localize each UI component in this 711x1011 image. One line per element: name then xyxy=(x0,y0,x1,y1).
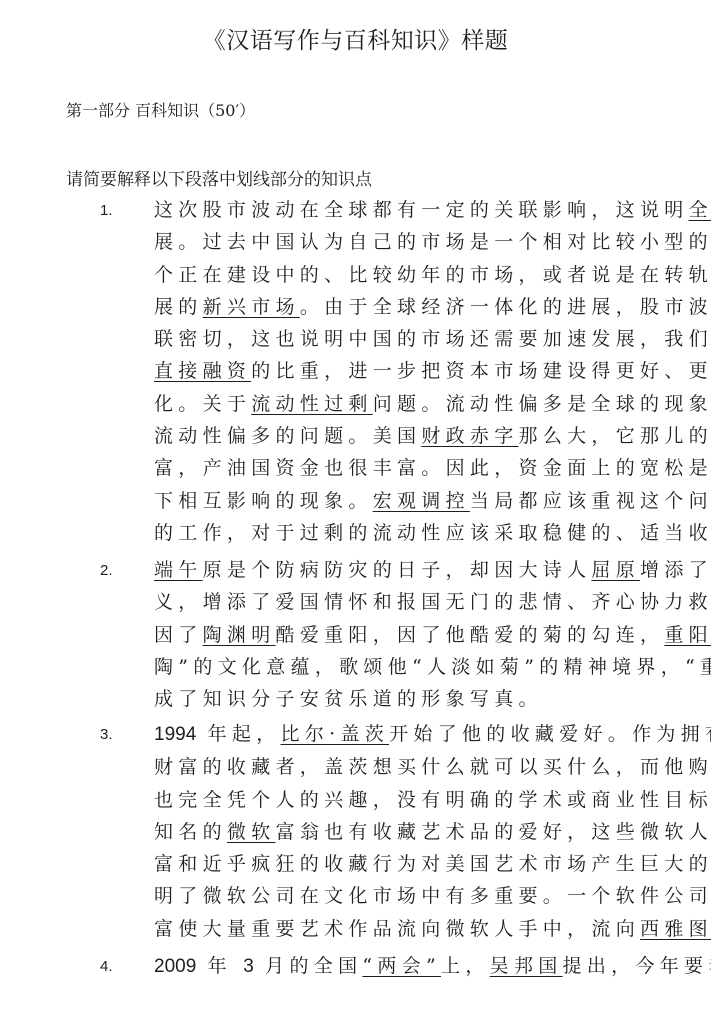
text-run: 当局都应该重视这个问题，做好自己 xyxy=(470,490,711,512)
question-paragraph: 这次股市波动在全球都有一定的关联影响，这说明全球化在逐步进展。过去中国认为自己的… xyxy=(154,194,652,549)
question-paragraph: 1994 年起，比尔·盖茨开始了他的收藏爱好。作为拥有 600 亿美元财富的收藏… xyxy=(154,718,652,945)
paragraph-line: 因了陶渊明酷爱重阳，因了他酷爱的菊的勾连，重阳节衍生了“颂 xyxy=(154,619,652,651)
text-run: 。由于全球经济一体化的进展，股市波动相互之间关 xyxy=(300,296,711,318)
question-number: 1. xyxy=(100,202,113,219)
paragraph-line: 直接融资的比重，进一步把资本市场建设得更好、更快、更加国际 xyxy=(154,355,652,387)
question-number: 3. xyxy=(100,726,113,743)
section-heading: 第一部分 百科知识（50′） xyxy=(66,98,255,121)
underlined-term: 新兴市场 xyxy=(203,296,300,318)
text-run: 这次股市波动在全球都有一定的关联影响，这说明 xyxy=(154,199,689,221)
text-run: 财富的收藏者，盖茨想买什么就可以买什么，而他购买艺术品似乎 xyxy=(154,756,711,778)
paragraph-line: 财富的收藏者，盖茨想买什么就可以买什么，而他购买艺术品似乎 xyxy=(154,751,652,783)
underlined-term: 陶渊明 xyxy=(203,624,276,646)
paragraph-line: 知名的微软富翁也有收藏艺术品的爱好，这些微软人囊中的巨额财 xyxy=(154,816,652,848)
text-run: 的工作，对于过剩的流动性应该采取稳健的、适当收缩的政策。 xyxy=(154,522,711,544)
text-run: 原是个防病防灾的日子，却因大诗人 xyxy=(203,559,592,581)
paragraph-line: 义，增添了爱国情怀和报国无门的悲情、齐心协力救助生命的悲壮； xyxy=(154,586,652,618)
text-run: 酷爱重阳，因了他酷爱的菊的勾连， xyxy=(276,624,665,646)
text-run: 也完全凭个人的兴趣，没有明确的学术或商业性目标。还有很多不 xyxy=(154,789,711,811)
text-run: 下相互影响的现象。 xyxy=(154,490,373,512)
underlined-term: “两会” xyxy=(362,955,441,977)
underlined-term: 微软 xyxy=(227,821,276,843)
underlined-term: 全球化 xyxy=(689,199,711,221)
paragraph-line: 的工作，对于过剩的流动性应该采取稳健的、适当收缩的政策。 xyxy=(154,517,652,549)
question-number: 2. xyxy=(100,562,113,579)
instruction-text: 请简要解释以下段落中划线部分的知识点 xyxy=(66,165,372,190)
text-run: 年 xyxy=(196,955,243,977)
paragraph-line: 联密切，这也说明中国的市场还需要加速发展，我们要进一步提高 xyxy=(154,323,652,355)
text-run: 化。关于 xyxy=(154,393,251,415)
text-run: 展。过去中国认为自己的市场是一个相对比较小型的市场，也是一 xyxy=(154,231,711,253)
question-number: 4. xyxy=(100,958,113,975)
paragraph-line: 这次股市波动在全球都有一定的关联影响，这说明全球化在逐步进 xyxy=(154,194,652,226)
underlined-term: 流动性过剩 xyxy=(251,393,373,415)
paragraph-line: 富，产油国资金也很丰富。因此，资金面上的宽松是全球一体化之 xyxy=(154,452,652,484)
underlined-term: 宏观调控 xyxy=(373,490,470,512)
text-run: 义，增添了爱国情怀和报国无门的悲情、齐心协力救助生命的悲壮； xyxy=(154,591,711,613)
text-run: 富和近乎疯狂的收藏行为对美国艺术市场产生巨大的推动作用，证 xyxy=(154,853,711,875)
underlined-term: 重阳节 xyxy=(664,624,711,646)
text-run: 明了微软公司在文化市场中有多重要。一个软件公司创造的巨额财 xyxy=(154,885,711,907)
paragraph-line: 陶”的文化意蕴，歌颂他“人淡如菊”的精神境界，“重阳无酒”也 xyxy=(154,651,652,683)
paragraph-line: 也完全凭个人的兴趣，没有明确的学术或商业性目标。还有很多不 xyxy=(154,784,652,816)
paragraph-line: 流动性偏多的问题。美国财政赤字那么大，它那儿的流动性也很丰 xyxy=(154,420,652,452)
paragraph-line: 2009 年 3 月的全国“两会”上，吴邦国提出，今年要着力加强社会 xyxy=(154,950,652,983)
paragraph-line: 展。过去中国认为自己的市场是一个相对比较小型的市场，也是一 xyxy=(154,226,652,258)
text-run: 那么大，它那儿的流动性也很丰 xyxy=(519,425,711,447)
text-run: 1994 xyxy=(154,724,196,745)
text-run: 富使大量重要艺术作品流向微软人手中，流向 xyxy=(154,918,640,940)
paragraph-line: 富和近乎疯狂的收藏行为对美国艺术市场产生巨大的推动作用，证 xyxy=(154,848,652,880)
text-run: 流动性偏多的问题。美国 xyxy=(154,425,421,447)
underlined-term: 直接融资 xyxy=(154,360,251,382)
text-run: 个正在建设中的、比较幼年的市场，或者说是在转轨经济中逐步发 xyxy=(154,264,711,286)
paragraph-line: 个正在建设中的、比较幼年的市场，或者说是在转轨经济中逐步发 xyxy=(154,259,652,291)
paragraph-line: 端午原是个防病防灾的日子，却因大诗人屈原增添了纪念层面的意 xyxy=(154,554,652,586)
document-title: 《汉语写作与百科知识》样题 xyxy=(0,22,711,55)
text-run: 提出，今年要着力加强社会 xyxy=(563,955,711,977)
text-run: 问题。流动性偏多是全球的现象，中国也存在 xyxy=(373,393,711,415)
text-run: 联密切，这也说明中国的市场还需要加速发展，我们要进一步提高 xyxy=(154,328,711,350)
paragraph-line: 1994 年起，比尔·盖茨开始了他的收藏爱好。作为拥有 600 亿美元 xyxy=(154,718,652,751)
text-run: 成了知识分子安贫乐道的形象写真。 xyxy=(154,688,543,710)
paragraph-line: 成了知识分子安贫乐道的形象写真。 xyxy=(154,683,652,715)
text-run: 2009 xyxy=(154,956,196,977)
text-run: 富翁也有收藏艺术品的爱好，这些微软人囊中的巨额财 xyxy=(276,821,711,843)
text-run: 上， xyxy=(441,955,490,977)
text-run: 3 xyxy=(243,956,254,977)
text-run: 展的 xyxy=(154,296,203,318)
underlined-term: 屈原 xyxy=(591,559,640,581)
text-run: 的比重，进一步把资本市场建设得更好、更快、更加国际 xyxy=(251,360,711,382)
underlined-term: 西雅图 xyxy=(640,918,711,940)
paragraph-line: 展的新兴市场。由于全球经济一体化的进展，股市波动相互之间关 xyxy=(154,291,652,323)
paragraph-line: 下相互影响的现象。宏观调控当局都应该重视这个问题，做好自己 xyxy=(154,485,652,517)
text-run: 因了 xyxy=(154,624,203,646)
text-run: 增添了纪念层面的意 xyxy=(640,559,711,581)
paragraph-line: 化。关于流动性过剩问题。流动性偏多是全球的现象，中国也存在 xyxy=(154,388,652,420)
underlined-term: 财政赤字 xyxy=(421,425,518,447)
text-run: 陶”的文化意蕴，歌颂他“人淡如菊”的精神境界，“重阳无酒”也 xyxy=(154,656,711,678)
text-run: 月的全国 xyxy=(254,955,363,977)
text-run: 富，产油国资金也很丰富。因此，资金面上的宽松是全球一体化之 xyxy=(154,457,711,479)
text-run: 知名的 xyxy=(154,821,227,843)
paragraph-line: 明了微软公司在文化市场中有多重要。一个软件公司创造的巨额财 xyxy=(154,880,652,912)
underlined-term: 端午 xyxy=(154,559,203,581)
question-paragraph: 2009 年 3 月的全国“两会”上，吴邦国提出，今年要着力加强社会 xyxy=(154,950,652,983)
text-run: 年起， xyxy=(196,723,280,745)
question-paragraph: 端午原是个防病防灾的日子，却因大诗人屈原增添了纪念层面的意义，增添了爱国情怀和报… xyxy=(154,554,652,715)
underlined-term: 比尔·盖茨 xyxy=(281,723,390,745)
paragraph-line: 富使大量重要艺术作品流向微软人手中，流向西雅图。 xyxy=(154,913,652,945)
text-run: 开始了他的收藏爱好。作为拥有 xyxy=(389,723,711,745)
underlined-term: 吴邦国 xyxy=(490,955,563,977)
